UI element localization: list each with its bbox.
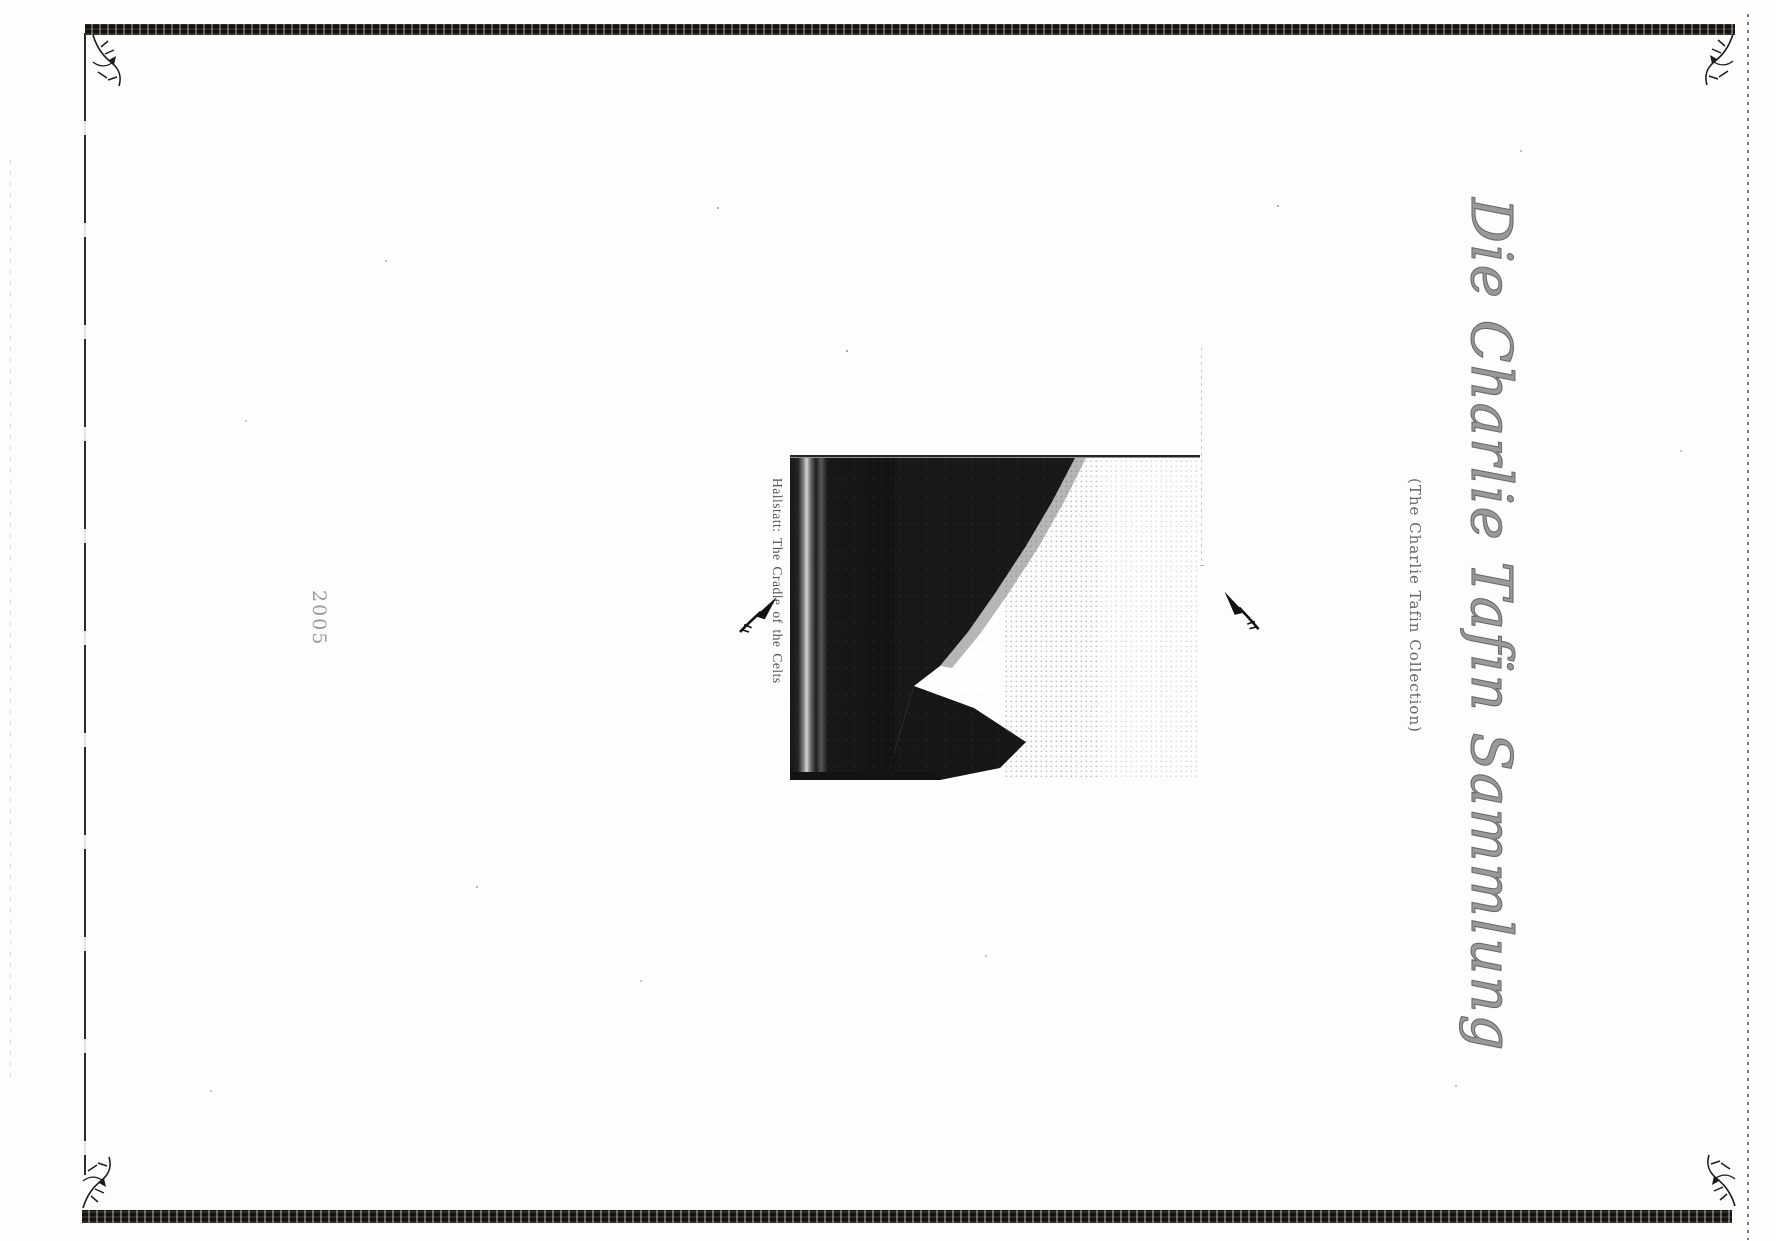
scan-artifact-dashed-line <box>1201 348 1202 566</box>
corner-sprig-ornament-icon <box>76 1152 116 1210</box>
page-subtitle: (The Charlie Tafin Collection) <box>1398 478 1432 748</box>
right-edge-dotted-line <box>1747 14 1749 1240</box>
page-title: Die Charlie Tafin Sammlung <box>1428 198 1552 968</box>
hallstatt-photo <box>790 450 1200 780</box>
halftone-mountain-image <box>790 450 1200 780</box>
top-border-bar <box>85 24 1735 35</box>
right-pointer-arrow-icon <box>1217 584 1267 631</box>
scan-noise-speckles <box>0 0 2 2</box>
grain-overlay <box>790 450 1200 780</box>
corner-sprig-ornament-icon <box>86 33 126 91</box>
left-edge-showthrough-line <box>10 160 11 1080</box>
corner-sprig-ornament-icon <box>1702 1150 1742 1208</box>
left-pointer-arrow-icon <box>734 590 782 634</box>
year-note: 2005 <box>306 590 332 650</box>
bottom-border-bar <box>82 1210 1732 1223</box>
scanned-document-page: Die Charlie Tafin Sammlung (The Charlie … <box>0 0 1776 1241</box>
corner-sprig-ornament-icon <box>1700 32 1740 90</box>
left-margin-rule <box>84 33 86 1175</box>
